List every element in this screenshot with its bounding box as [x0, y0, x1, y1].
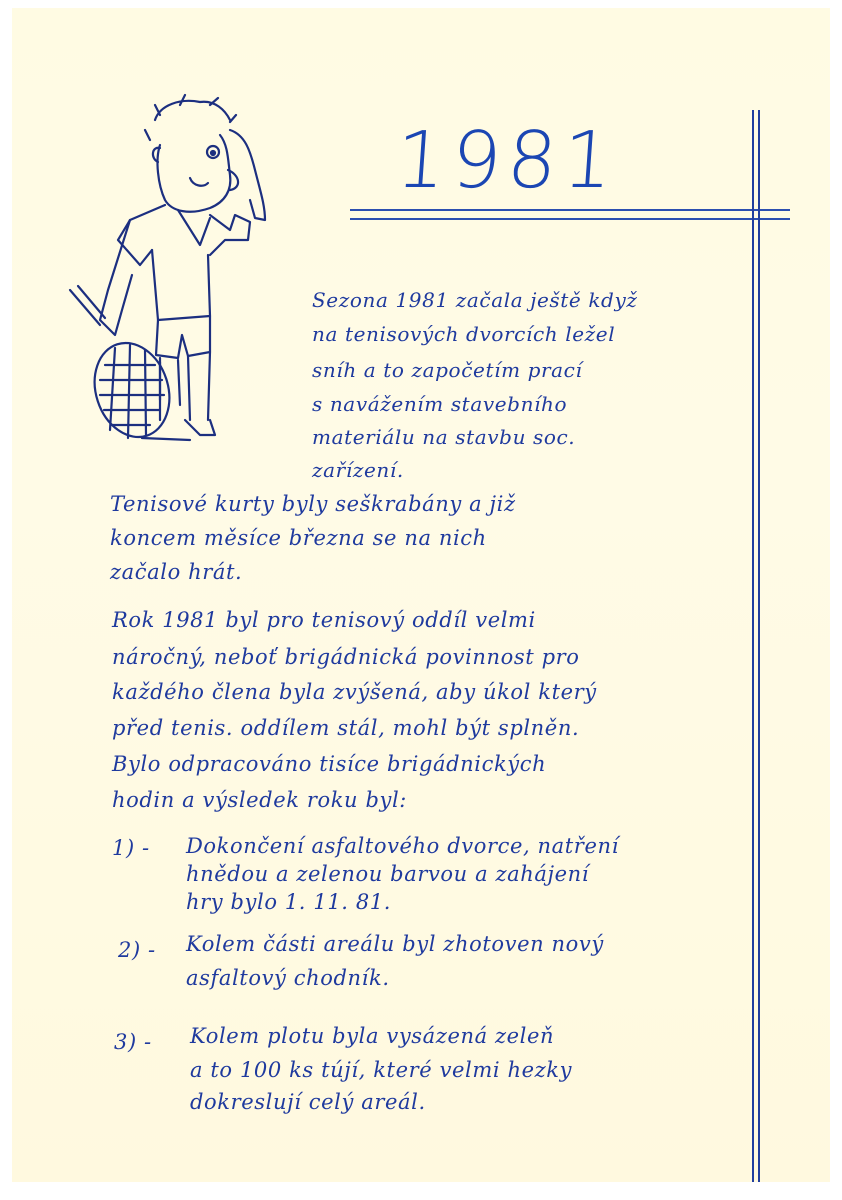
margin-line-right	[758, 110, 760, 1182]
paragraph1-line: Tenisové kurty byly seškrabány a již	[110, 492, 516, 516]
paragraph2-line: hodin a výsledek roku byl:	[112, 788, 407, 812]
paragraph2-line: každého člena byla zvýšená, aby úkol kte…	[112, 680, 597, 704]
paragraph1-line: začalo hrát.	[110, 560, 242, 584]
intro-line: s navážením stavebního	[312, 392, 567, 416]
paragraph2-line: Bylo odpracováno tisíce brigádnických	[112, 752, 546, 776]
list-marker-1: 1) -	[112, 836, 150, 860]
list-marker-2: 2) -	[118, 938, 156, 962]
paragraph1-line: koncem měsíce března se na nich	[110, 526, 487, 550]
cartoon-tennis-player-icon	[60, 90, 290, 470]
intro-line: na tenisových dvorcích ležel	[312, 322, 615, 346]
list-item-3-line: Kolem plotu byla vysázená zeleň	[190, 1024, 554, 1048]
title-underline-bottom	[350, 218, 790, 220]
list-item-2-line: Kolem části areálu byl zhotoven nový	[186, 932, 604, 956]
list-item-3-line: a to 100 ks tújí, které velmi hezky	[190, 1058, 572, 1082]
intro-line: zařízení.	[312, 458, 404, 482]
paragraph2-line: náročný, neboť brigádnická povinnost pro	[112, 645, 580, 669]
intro-line: sníh a to započetím prací	[312, 358, 582, 382]
list-marker-3: 3) -	[114, 1030, 152, 1054]
list-item-2-line: asfaltový chodník.	[186, 966, 390, 990]
paragraph2-line: před tenis. oddílem stál, mohl být splně…	[112, 716, 579, 740]
margin-line-left	[752, 110, 754, 1182]
paragraph2-line: Rok 1981 byl pro tenisový oddíl velmi	[112, 608, 536, 632]
intro-line: materiálu na stavbu soc.	[312, 425, 575, 449]
list-item-1-line: hry bylo 1. 11. 81.	[186, 890, 391, 914]
list-item-1-line: hnědou a zelenou barvou a zahájení	[186, 862, 589, 886]
list-item-3-line: dokreslují celý areál.	[190, 1090, 426, 1114]
intro-line: Sezona 1981 začala ještě když	[312, 288, 638, 312]
title-underline-top	[350, 209, 790, 211]
list-item-1-line: Dokončení asfaltového dvorce, natření	[186, 834, 619, 858]
page-title: 1981	[393, 122, 621, 200]
